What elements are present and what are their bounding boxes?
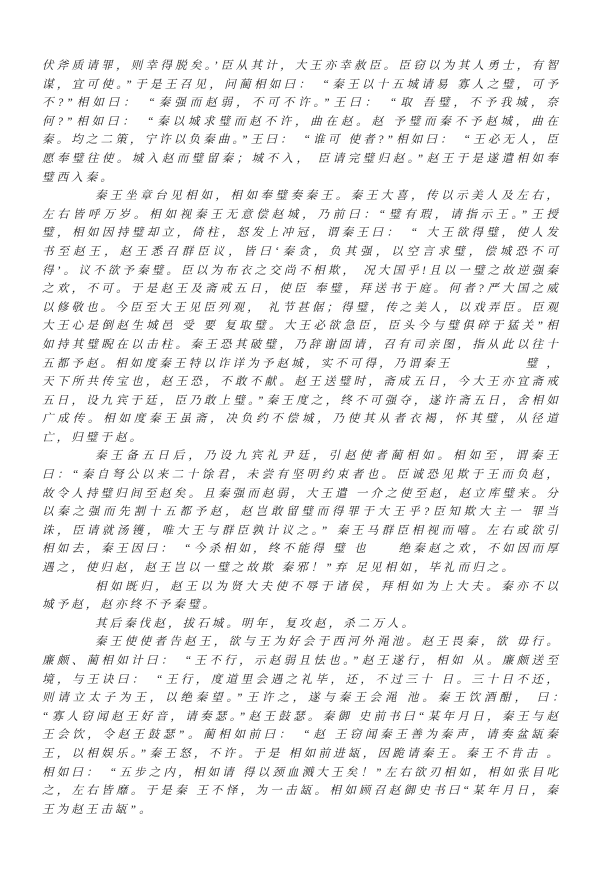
paragraph-continuation: 伏斧质请罪，则幸得脱矣。’臣从其计，大王亦幸赦臣。臣窃以为其人勇士，有智谋，宜可… [42, 57, 561, 187]
paragraph-qin-attacks-zhao: 其后秦伐赵，拔石城。明年，复攻赵，杀二万人。 [42, 615, 561, 634]
document-page: 伏斧质请罪，则幸得脱矣。’臣从其计，大王亦幸赦臣。臣窃以为其人勇士，有智谋，宜可… [0, 0, 595, 882]
document-body: 伏斧质请罪，则幸得脱矣。’臣从其计，大王亦幸赦臣。臣窃以为其人勇士，有智谋，宜可… [42, 57, 561, 819]
paragraph-xiangru-returns: 相如既归，赵王以为贤大夫使不辱于诸侯，拜相如为上大夫。秦亦不以城予赵，赵亦终不予… [42, 578, 561, 615]
paragraph-nine-guests-rite: 秦王备五日后，乃设九宾礼尹廷，引赵使者蔺相如。相如至，谓秦王曰：“秦自弩公以来二… [42, 447, 561, 577]
paragraph-mianchi-meeting: 秦王使使者告赵王，欲与王为好会于西河外渑池。赵王畏秦，欲 毋行。廉颇、蔺相如计曰… [42, 633, 561, 819]
paragraph-qin-wang-zhangtai: 秦王坐章台见相如，相如奉璧奏秦王。秦王大喜，传以示美人及左右，左右皆呼万岁。相如… [42, 187, 561, 447]
